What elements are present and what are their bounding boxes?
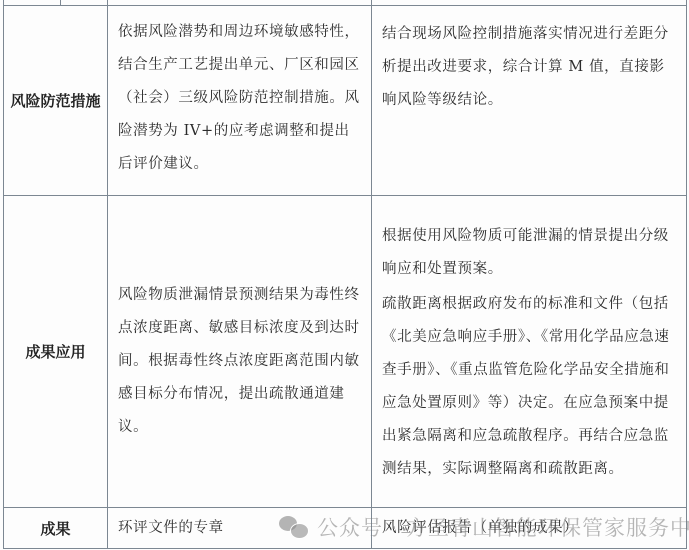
table-row-deliverable: 成果 环评文件的专章 风险评估报告（单独的成果）	[4, 508, 687, 549]
cell-paragraph-2: 疏散距离根据政府发布的标准和文件（包括《北美应急响应手册》、《常用化学品应急速查…	[372, 286, 686, 486]
risk-assessment-cell: 结合现场风险控制措施落实情况进行差距分析提出改进要求，综合计算 M 值，直接影响…	[372, 6, 687, 196]
environmental-assessment-cell: 依据风险潜势和周边环境敏感特性，结合生产工艺提出单元、厂区和园区（社会）三级风险…	[108, 6, 372, 196]
previous-row-cell-1	[4, 0, 108, 6]
comparison-table: 风险防范措施 依据风险潜势和周边环境敏感特性，结合生产工艺提出单元、厂区和园区（…	[3, 0, 687, 549]
cell-text: 依据风险潜势和周边环境敏感特性，结合生产工艺提出单元、厂区和园区（社会）三级风险…	[108, 12, 371, 189]
environmental-assessment-cell: 环评文件的专章	[108, 508, 372, 549]
cell-text: 风险评估报告（单独的成果）	[372, 508, 686, 548]
risk-assessment-cell: 根据使用风险物质可能泄漏的情景提出分级响应和处置预案。 疏散距离根据政府发布的标…	[372, 196, 687, 508]
cell-paragraph-1: 根据使用风险物质可能泄漏的情景提出分级响应和处置预案。	[372, 218, 686, 286]
row-label: 风险防范措施	[4, 6, 108, 196]
row-label: 成果应用	[4, 196, 108, 508]
cell-text: 环评文件的专章	[108, 508, 371, 548]
risk-assessment-cell: 风险评估报告（单独的成果）	[372, 508, 687, 549]
table-row-result-application: 成果应用 风险物质泄漏情景预测结果为毒性终点浓度距离、敏感目标浓度及到达时间。根…	[4, 196, 687, 508]
table-row-risk-prevention: 风险防范措施 依据风险潜势和周边环境敏感特性，结合生产工艺提出单元、厂区和园区（…	[4, 6, 687, 196]
cell-text: 结合现场风险控制措施落实情况进行差距分析提出改进要求，综合计算 M 值，直接影响…	[372, 6, 686, 117]
document-page: 风险防范措施 依据风险潜势和周边环境敏感特性，结合生产工艺提出单元、厂区和园区（…	[0, 0, 689, 550]
environmental-assessment-cell: 风险物质泄漏情景预测结果为毒性终点浓度距离、敏感目标浓度及到达时间。根据毒性终点…	[108, 196, 372, 508]
row-label: 成果	[4, 508, 108, 549]
cell-text: 风险物质泄漏情景预测结果为毒性终点浓度距离、敏感目标浓度及到达时间。根据毒性终点…	[108, 259, 371, 444]
